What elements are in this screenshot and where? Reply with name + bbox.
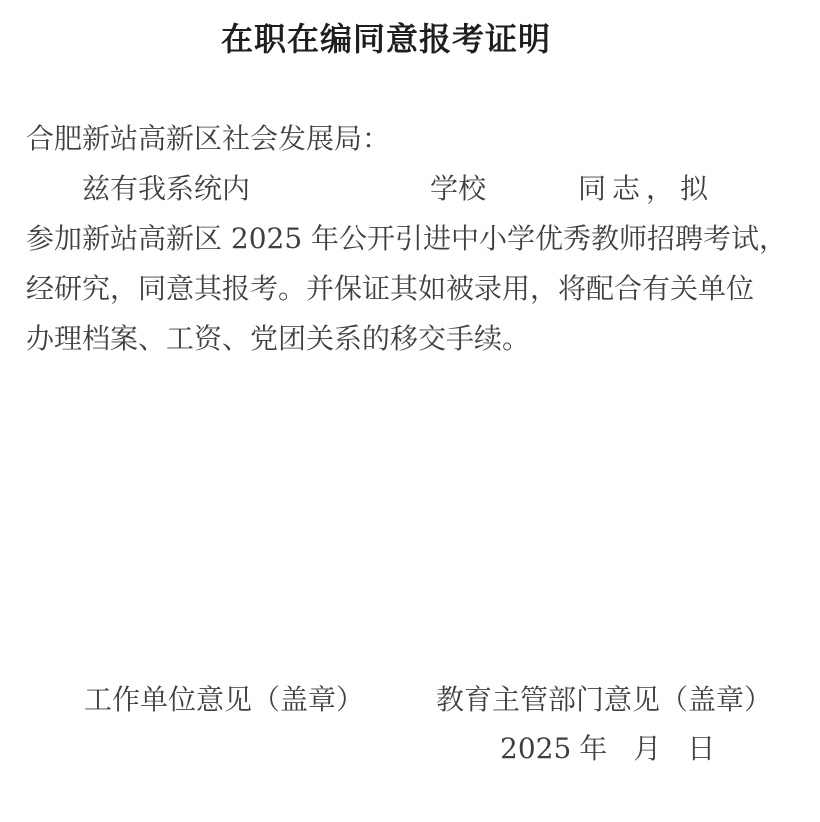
date-month-label: 月 [633,732,661,765]
date-year-label: 年 [579,732,607,765]
blank-person-name [486,197,578,198]
fill-part-prefix: 兹有我系统内 [82,172,250,205]
fill-part-comrade-suffix: 同志，拟 [578,172,714,205]
work-unit-signature-label: 工作单位意见（盖章） [84,682,364,718]
fill-in-line: 兹有我系统内学校同志，拟 [82,164,786,214]
body-line-approval: 经研究，同意其报考。并保证其如被录用，将配合有关单位 [26,264,786,314]
blank-month-value [607,757,633,758]
blank-school-name [250,197,430,198]
body-line-exam: 参加新站高新区 2025 年公开引进中小学优秀教师招聘考试， [26,214,786,264]
document-body: 合肥新站高新区社会发展局： 兹有我系统内学校同志，拟 参加新站高新区 2025 … [26,114,786,364]
date-day-label: 日 [687,732,715,765]
salutation: 合肥新站高新区社会发展局： [26,114,786,164]
document-title: 在职在编同意报考证明 [0,14,796,60]
blank-day-value [661,757,687,758]
document-page: 在职在编同意报考证明 合肥新站高新区社会发展局： 兹有我系统内学校同志，拟 参加… [0,0,820,822]
education-department-signature-label: 教育主管部门意见（盖章） [436,682,772,718]
date-line: 2025年月日 [500,731,715,767]
body-line-transfer: 办理档案、工资、党团关系的移交手续。 [26,314,786,364]
fill-part-school-label: 学校 [430,172,486,205]
date-year: 2025 [500,732,571,765]
